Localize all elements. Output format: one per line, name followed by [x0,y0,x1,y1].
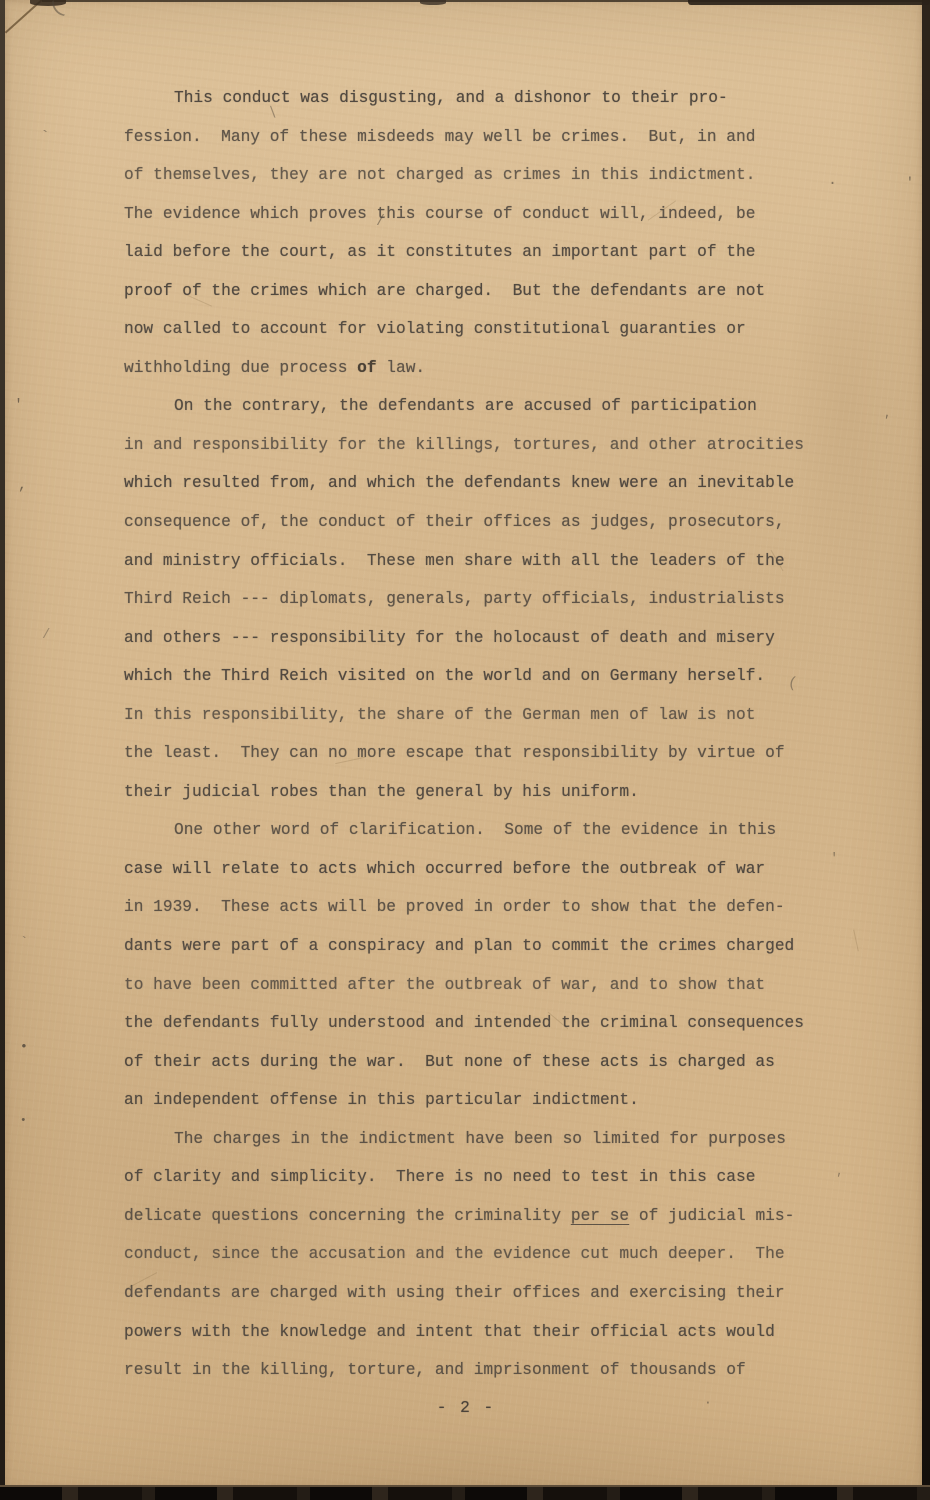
text-line: fession. Many of these misdeeds may well… [124,118,808,157]
text-line: delicate questions concerning the crimin… [124,1197,808,1236]
scanned-document-page: This conduct was disgusting, and a disho… [0,0,930,1500]
document-text: This conduct was disgusting, and a disho… [124,79,808,1390]
text-line: The evidence which proves this course of… [124,195,808,234]
text-line: of clarity and simplicity. There is no n… [124,1158,808,1197]
text-line: the least. They can no more escape that … [124,734,808,773]
corner-crease [5,0,43,33]
page-number: - 2 - [124,1389,808,1428]
text-line: in 1939. These acts will be proved in or… [124,888,808,927]
text-line: consequence of, the conduct of their off… [124,503,808,542]
text-line: which the Third Reich visited on the wor… [124,657,808,696]
text-line: defendants are charged with using their … [124,1274,808,1313]
text-line: an independent offense in this particula… [124,1081,808,1120]
text-line: dants were part of a conspiracy and plan… [124,927,808,966]
text-line: withholding due process of law. [124,349,808,388]
text-line: The charges in the indictment have been … [124,1120,808,1159]
scan-edge-right [922,0,930,1500]
text-line: In this responsibility, the share of the… [124,696,808,735]
text-line: the defendants fully understood and inte… [124,1004,808,1043]
text-line: to have been committed after the outbrea… [124,966,808,1005]
text-line: Third Reich --- diplomats, generals, par… [124,580,808,619]
text-line: case will relate to acts which occurred … [124,850,808,889]
text-line: laid before the court, as it constitutes… [124,233,808,272]
paper-fiber [853,930,859,952]
text-line: their judicial robes than the general by… [124,773,808,812]
text-line: now called to account for violating cons… [124,310,808,349]
paper-sheet: This conduct was disgusting, and a disho… [5,0,922,1488]
text-line: proof of the crimes which are charged. B… [124,272,808,311]
text-line: result in the killing, torture, and impr… [124,1351,808,1390]
text-line: and others --- responsibility for the ho… [124,619,808,658]
text-line: of their acts during the war. But none o… [124,1043,808,1082]
text-line: This conduct was disgusting, and a disho… [124,79,808,118]
text-line: of themselves, they are not charged as c… [124,156,808,195]
text-line: which resulted from, and which the defen… [124,464,808,503]
text-line: and ministry officials. These men share … [124,542,808,581]
text-line: One other word of clarification. Some of… [124,811,808,850]
text-line: powers with the knowledge and intent tha… [124,1313,808,1352]
text-line: On the contrary, the defendants are accu… [124,387,808,426]
text-line: in and responsibility for the killings, … [124,426,808,465]
text-line: conduct, since the accusation and the ev… [124,1235,808,1274]
